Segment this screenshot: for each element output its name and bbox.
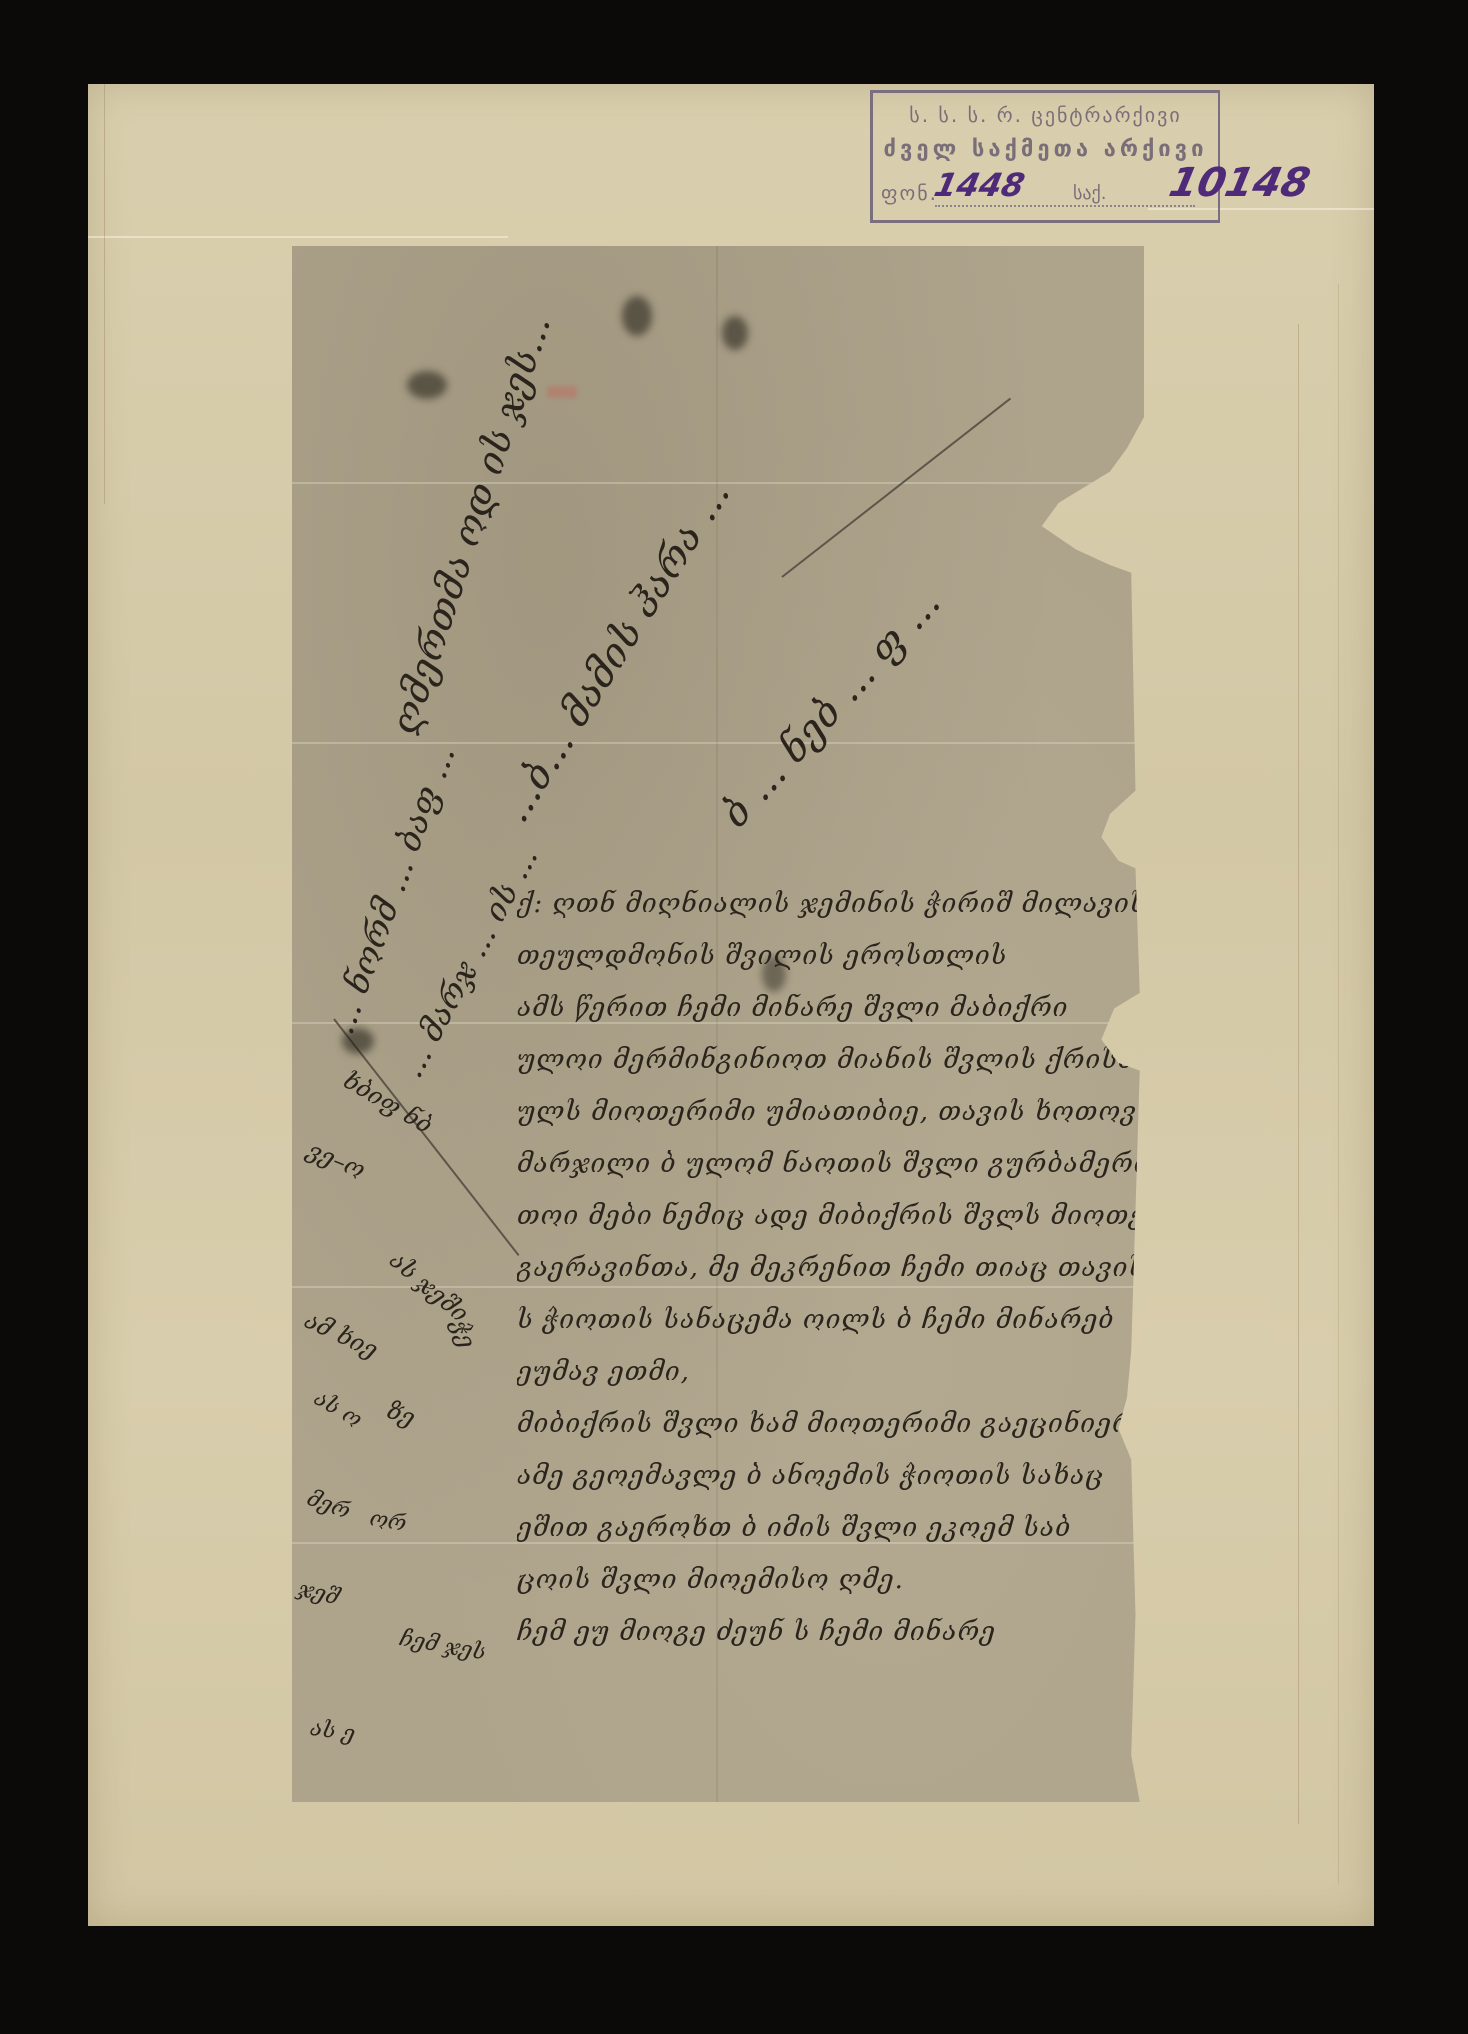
paper-crease [1298,324,1299,1824]
lower-margin-note: ჯეშ [296,1576,342,1611]
ink-blot [622,296,652,336]
text-line: ამს წერით ჩემი მინარე შვლი მაბიქრი [517,982,1137,1034]
marginal-note-rotated: ბ ... ნებ ... ფ ... [712,580,950,837]
text-line: თოი მები ნემიც ადე მიბიქრის შვლს მიოთერი [517,1190,1137,1242]
lower-margin-note: ამ ხიე [300,1306,382,1364]
text-line: ულოი მერმინგინიოთ მიანის შვლის ქრისმ [517,1034,1137,1086]
manuscript-page: ღმერთმა ოდ ის ჯეს... ...ბ... მამის ჰარა … [292,246,1144,1802]
lower-margin-note: ორ [368,1506,409,1537]
red-trace-mark [547,386,577,398]
lower-margin-note: ას ო [310,1386,367,1433]
text-line: ქ: ღთნ მიღნიალის ჯემინის ჭირიშ მილავის [517,878,1137,930]
paper-crease [104,84,105,504]
text-line: ულს მიოთერიმი უმიათიბიე, თავის ხოთოვს ბე… [517,1086,1137,1138]
text-line: მიბიქრის შვლი ხამ მიოთერიმი გაეცინიერ [517,1398,1137,1450]
letter-body: ქ: ღთნ მიღნიალის ჯემინის ჭირიშ მილავის თ… [517,878,1137,1658]
lower-margin-note: ჩემ ჯეს [398,1626,488,1666]
stamp-dotted-line [935,205,1195,207]
lower-margin-note: ზე [382,1396,418,1432]
marginal-note-rotated: ღმერთმა ოდ ის ჯეს... [382,310,559,740]
stamp-line-1: ს. ს. ს. რ. ცენტრარქივი [873,103,1218,127]
marginal-note-rotated: ...ბ... მამის ჰარა ... [492,473,739,831]
text-line: თეულდმონის შვილის ეროსთლის [517,930,1137,982]
text-line: ჩემ ეუ მიოგე ძეუნ ს ჩემი მინარე [517,1606,1137,1658]
fond-number: 1448 [931,166,1028,204]
text-line: ს ჭიოთის სანაცემა ოილს ბ ჩემი მინარებ [517,1294,1137,1346]
diagonal-ruling-line [781,398,1011,578]
text-line: ამე გეოემავლე ბ ანოემის ჭიოთის სახაც [517,1450,1137,1502]
fold-crease [292,742,1144,744]
text-line: ეშით გაეროხთ ბ იმის შვლი ეკოემ საბ [517,1502,1137,1554]
lower-margin-note: ას ე [309,1716,357,1747]
lower-margin-note: მერ [303,1486,353,1525]
text-line: გაერავინთა, მე მეკრენით ჩემი თიაც თავის [517,1242,1137,1294]
paper-crease [1338,284,1339,1884]
stamp-item-label: საქ. [1073,183,1107,204]
lower-margin-note: ვე–ო [304,1136,370,1184]
ink-blot [407,371,447,399]
stamp-line-2: ძველ საქმეთა არქივი [873,137,1218,162]
item-number: 10148 [1165,160,1314,206]
fold-crease [88,236,508,238]
text-line: მარჯილი ბ ულომ ნაოთის შვლი გურბამერიშინი… [517,1138,1137,1190]
ink-blot [722,316,748,350]
text-line: ცოის შვლი მიოემისო ღმე. [517,1554,1137,1606]
text-line: ეუმავ ეთმი, [517,1346,1137,1398]
